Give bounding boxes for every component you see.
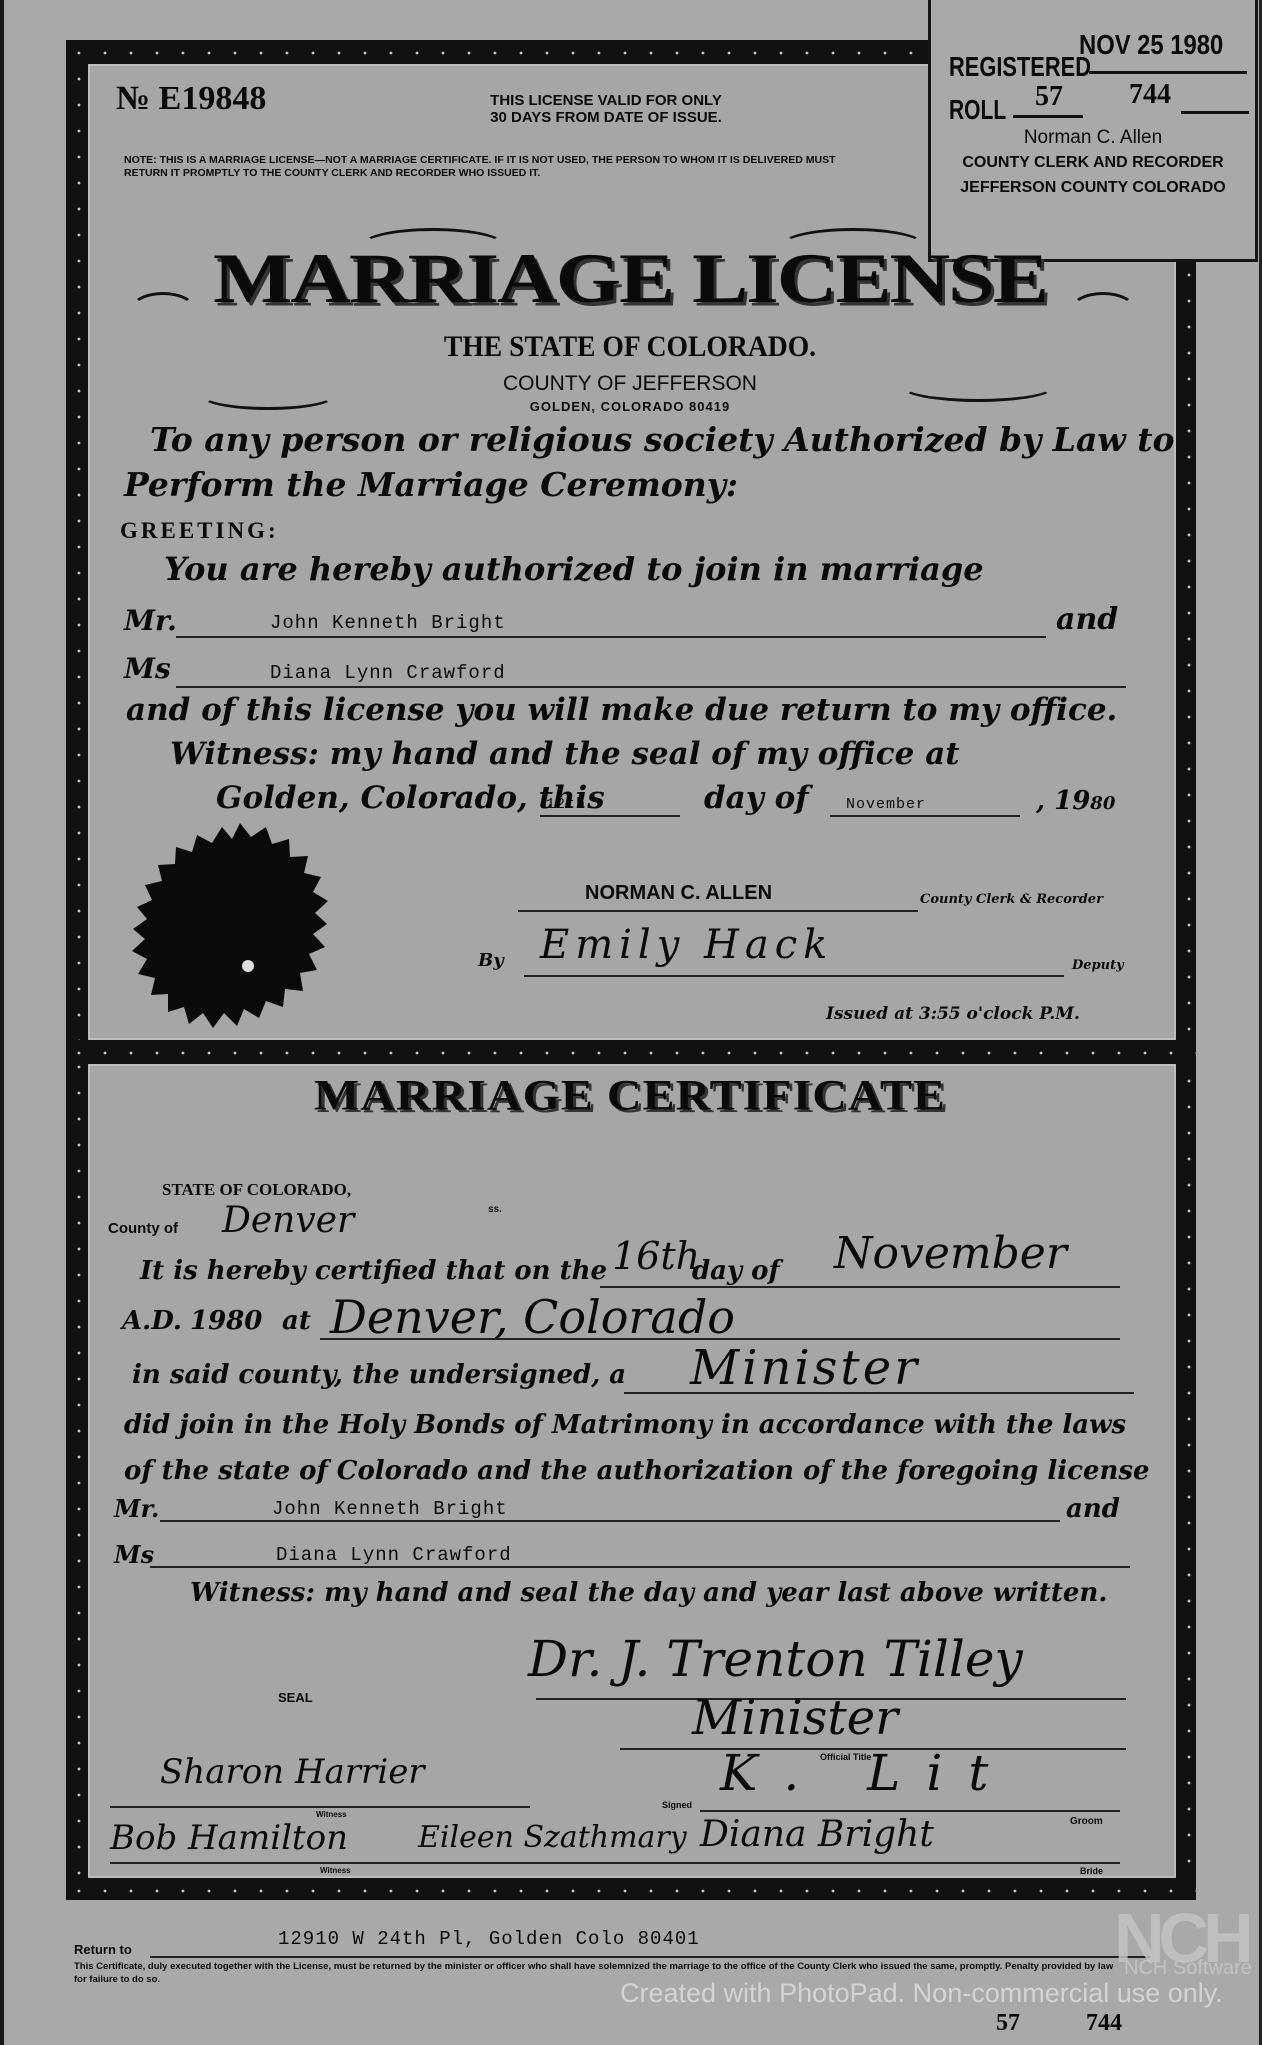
issue-year-prefix: , 19 <box>1036 786 1090 816</box>
certificate-state: STATE OF COLORADO, <box>162 1180 351 1200</box>
official-title-signature: Minister <box>692 1690 898 1746</box>
county-of-label: County of <box>108 1220 178 1237</box>
cert-ms-label: Ms <box>114 1540 154 1569</box>
at-label: at <box>282 1306 311 1336</box>
deputy-signature: Emily Hack <box>540 922 833 968</box>
validity-line-1: THIS LICENSE VALID FOR ONLY <box>446 92 766 109</box>
ornament-swirl-icon <box>900 370 1056 402</box>
bride-underline <box>176 686 1126 688</box>
witness1-signature: Sharon Harrier <box>160 1752 425 1792</box>
registered-label: REGISTERED <box>949 51 1091 83</box>
ms-label: Ms <box>124 652 171 685</box>
issue-day: 12th <box>546 796 586 813</box>
witness2-signature: Bob Hamilton <box>110 1818 348 1858</box>
page-number: 744 <box>1129 79 1171 111</box>
recorder-title: COUNTY CLERK AND RECORDER <box>931 154 1255 172</box>
license-state: THE STATE OF COLORADO. <box>400 330 860 364</box>
cert-day-of-label: day of <box>692 1256 780 1286</box>
validity-notice: THIS LICENSE VALID FOR ONLY 30 DAYS FROM… <box>446 92 766 126</box>
deputy-underline <box>524 975 1064 977</box>
signed-label: Signed <box>662 1800 692 1810</box>
salutation-line-1: To any person or religious society Autho… <box>150 420 1175 459</box>
groom-name: John Kenneth Bright <box>270 612 506 634</box>
clerk-underline <box>518 910 918 912</box>
witness1-underline <box>110 1806 530 1808</box>
watermark-company: NCH Software <box>1124 1957 1252 1980</box>
issue-year: , 1980 <box>1036 786 1115 816</box>
roll-label: ROLL <box>949 94 1006 126</box>
registered-date: NOV 25 1980 <box>1079 29 1223 61</box>
page-edge-left <box>0 0 4 2045</box>
license-frame-left <box>66 40 88 1900</box>
greeting: GREETING: <box>120 518 279 544</box>
section-divider <box>66 1040 1196 1064</box>
certify-line: It is hereby certified that on the <box>140 1256 607 1286</box>
bride-name: Diana Lynn Crawford <box>270 662 506 684</box>
bride-witness-underline <box>110 1862 1120 1864</box>
license-note: NOTE: THIS IS A MARRIAGE LICENSE—NOT A M… <box>124 154 864 180</box>
validity-line-2: 30 DAYS FROM DATE OF ISSUE. <box>446 109 766 126</box>
license-county: COUNTY OF JEFFERSON <box>380 372 880 396</box>
ceremony-day-underline <box>600 1286 1120 1288</box>
issue-day-underline <box>540 815 680 817</box>
certificate-county: Denver <box>222 1200 354 1241</box>
day-of-label: day of <box>704 780 809 816</box>
date-underline <box>1089 71 1247 74</box>
bride-label: Bride <box>1080 1866 1103 1876</box>
ss-label: ss. <box>488 1204 502 1215</box>
cert-and-label: and <box>1066 1494 1120 1524</box>
salutation-line-2: Perform the Marriage Ceremony: <box>124 465 738 504</box>
license-number: № E19848 <box>116 80 266 118</box>
officiant-role-underline <box>624 1392 1134 1394</box>
witness-line: Witness: my hand and the seal of my offi… <box>170 736 960 772</box>
recorder-county: JEFFERSON COUNTY COLORADO <box>931 179 1255 197</box>
roll-underline <box>1013 115 1083 118</box>
authorization-line: You are hereby authorized to join in mar… <box>164 550 984 588</box>
deputy-label: Deputy <box>1072 958 1124 973</box>
certificate-title: MARRIAGE CERTIFICATE <box>140 1071 1120 1121</box>
page-underline <box>1181 111 1249 114</box>
cert-bride-name: Diana Lynn Crawford <box>276 1544 512 1566</box>
ceremony-month: November <box>834 1228 1067 1279</box>
cert-witness-line: Witness: my hand and seal the day and ye… <box>190 1578 1107 1608</box>
registration-stamp: REGISTERED NOV 25 1980 ROLL 57 744 Norma… <box>928 0 1258 262</box>
clerk-title: County Clerk & Recorder <box>920 892 1103 907</box>
bonds-line: did join in the Holy Bonds of Matrimony … <box>124 1410 1126 1440</box>
groom-signature: K. Lit <box>720 1744 1014 1802</box>
watermark-text: Created with PhotoPad. Non-commercial us… <box>620 1978 1223 2009</box>
undersigned-line: in said county, the undersigned, a <box>132 1360 626 1390</box>
groom-underline <box>176 636 1046 638</box>
cert-groom-name: John Kenneth Bright <box>272 1498 508 1520</box>
issue-month: November <box>846 796 926 813</box>
ceremony-day: 16th <box>612 1234 700 1278</box>
cert-bride-underline <box>150 1566 1130 1568</box>
recorder-name: Norman C. Allen <box>931 127 1255 149</box>
by-label: By <box>478 950 504 971</box>
return-to-label: Return to <box>74 1942 132 1957</box>
cert-mr-label: Mr. <box>114 1494 159 1523</box>
return-underline <box>150 1956 1150 1958</box>
seal-label: SEAL <box>278 1690 313 1705</box>
issued-at: Issued at 3:55 o'clock P.M. <box>826 1004 1080 1024</box>
ornament-swirl-icon <box>130 292 196 328</box>
footer-page-number: 744 <box>1086 2010 1122 2037</box>
officiant-signature: Dr. J. Trenton Tilley <box>528 1630 1023 1688</box>
footer-roll-number: 57 <box>996 2010 1020 2037</box>
license-title: MARRIAGE LICENSE <box>210 237 1050 319</box>
cert-groom-underline <box>160 1520 1060 1522</box>
certificate-frame-bottom <box>66 1878 1196 1900</box>
issue-year-suffix: 80 <box>1090 793 1115 814</box>
officiant-role: Minister <box>690 1340 920 1396</box>
issue-month-underline <box>830 815 1020 817</box>
and-label: and <box>1056 602 1118 637</box>
ornament-swirl-icon <box>1070 292 1136 328</box>
bride-signature: Diana Bright <box>700 1814 934 1855</box>
county-seal-icon <box>120 818 360 1032</box>
witness3-signature: Eileen Szathmary <box>418 1820 687 1855</box>
groom-signature-underline <box>700 1810 1120 1812</box>
groom-label: Groom <box>1070 1816 1103 1827</box>
ornament-swirl-icon <box>200 380 336 410</box>
return-line: and of this license you will make due re… <box>126 692 1117 728</box>
return-address: 12910 W 24th Pl, Golden Colo 80401 <box>278 1928 700 1950</box>
mr-label: Mr. <box>124 604 177 637</box>
clerk-name: NORMAN C. ALLEN <box>585 882 772 905</box>
license-address: GOLDEN, COLORADO 80419 <box>380 399 880 414</box>
roll-number: 57 <box>1035 81 1063 113</box>
ceremony-year: 1980 <box>190 1306 262 1336</box>
license-frame-right <box>1176 262 1196 1900</box>
witness2-label: Witness <box>320 1866 351 1875</box>
ceremony-place: Denver, Colorado <box>330 1290 735 1344</box>
laws-line: of the state of Colorado and the authori… <box>124 1456 1150 1486</box>
ad-label: A.D. <box>122 1306 182 1336</box>
